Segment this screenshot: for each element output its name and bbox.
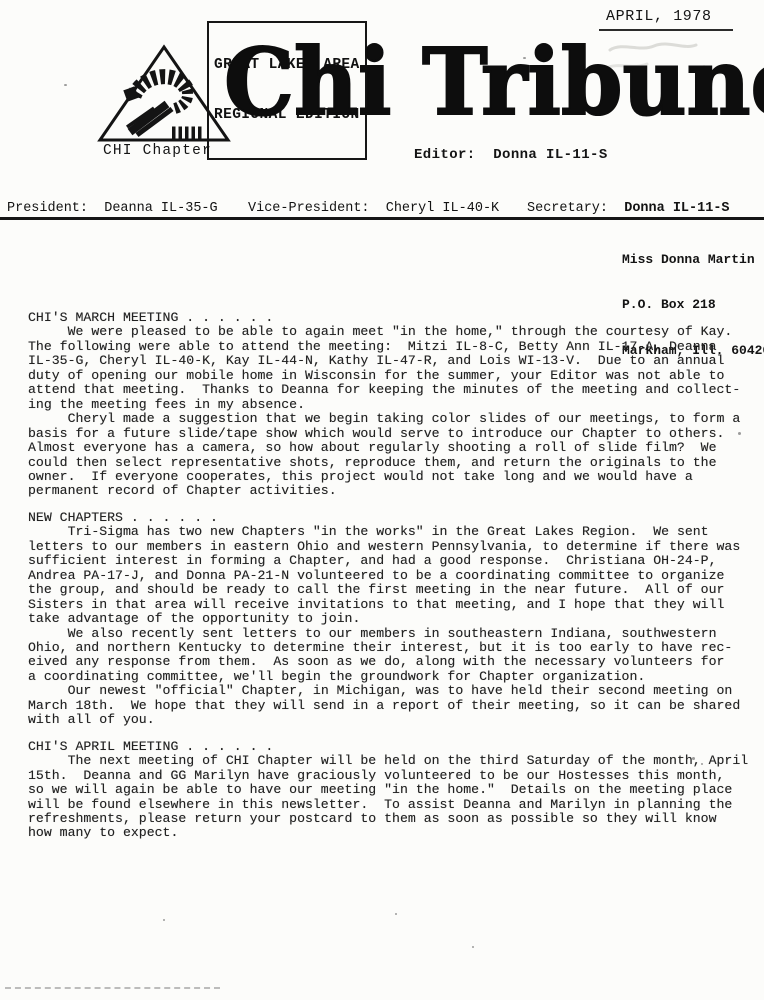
scan-artifact-dashes	[5, 987, 220, 989]
officer-vice-president: Vice-President: Cheryl IL-40-K	[248, 201, 499, 216]
officer-secretary: Secretary: Donna IL-11-S	[527, 201, 730, 216]
scan-speck	[738, 432, 741, 435]
masthead-title: Chi Tribune	[224, 36, 764, 128]
scanned-newsletter-page: APRIL, 1978 GREAT LAKES AREA REGIONAL ED…	[0, 0, 764, 1000]
section-heading: NEW CHAPTERS . . . . . .	[28, 511, 756, 525]
section-text: We were pleased to be able to again meet…	[28, 325, 756, 498]
triangle-outline	[100, 47, 228, 140]
secretary-name: Donna IL-11-S	[624, 201, 729, 216]
scan-speck	[472, 946, 474, 948]
scan-speck	[692, 757, 695, 760]
newsletter-body: CHI'S MARCH MEETING . . . . . . We were …	[28, 311, 756, 853]
section-heading: CHI'S APRIL MEETING . . . . . .	[28, 740, 756, 754]
officers-row: President: Deanna IL-35-G Vice-President…	[0, 201, 764, 217]
issue-date: APRIL, 1978	[606, 8, 712, 25]
address-name: Miss Donna Martin	[622, 252, 764, 267]
section-new-chapters: NEW CHAPTERS . . . . . . Tri-Sigma has t…	[28, 511, 756, 728]
scan-speck	[395, 913, 397, 915]
secretary-label: Secretary:	[527, 201, 624, 216]
section-april-meeting: CHI'S APRIL MEETING . . . . . . The next…	[28, 740, 756, 841]
logo-abstract-figure	[123, 77, 202, 135]
divider-rule	[0, 217, 764, 220]
chapter-triangle-logo	[94, 44, 234, 144]
scan-speck	[64, 84, 67, 86]
section-heading: CHI'S MARCH MEETING . . . . . .	[28, 311, 756, 325]
editor-line: Editor: Donna IL-11-S	[414, 147, 608, 163]
officer-president: President: Deanna IL-35-G	[7, 201, 218, 216]
scan-speck	[163, 919, 165, 921]
section-text: The next meeting of CHI Chapter will be …	[28, 754, 756, 841]
section-text: Tri-Sigma has two new Chapters "in the w…	[28, 525, 756, 727]
section-march-meeting: CHI'S MARCH MEETING . . . . . . We were …	[28, 311, 756, 499]
scan-speck	[701, 763, 703, 765]
scan-speck	[523, 57, 526, 59]
logo-caption: CHI Chapter	[103, 143, 212, 159]
